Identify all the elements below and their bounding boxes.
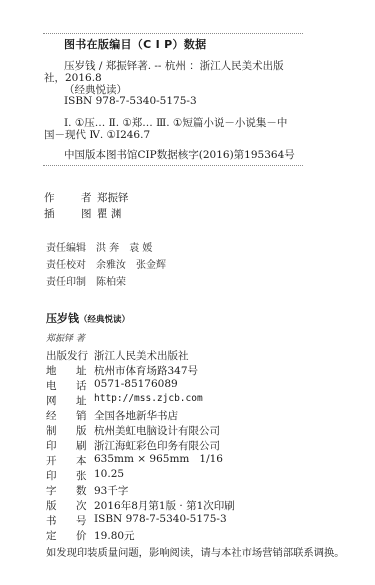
cip-title: 图书在版编目（C I P）数据	[64, 36, 206, 52]
info-value: 浙江人民美术出版社	[94, 348, 189, 363]
info-price: 定 价 19.80元	[46, 528, 135, 543]
info-label-a: 定	[46, 528, 76, 543]
info-label-b: 数	[76, 483, 94, 498]
credit-value: 瞿 渊	[97, 206, 121, 221]
staff-proofreader: 责任校对 余雅汝张金辉	[46, 256, 176, 271]
staff-editor: 责任编辑 洪 奔袁 媛	[46, 239, 162, 254]
info-value: 19.80元	[94, 528, 135, 543]
info-label-a: 经	[46, 408, 76, 423]
info-value: 93千字	[94, 483, 128, 498]
cip-top-divider	[43, 33, 303, 34]
info-value: 635mm × 965mm 1/16	[94, 453, 223, 468]
info-label-b: 销	[76, 408, 94, 423]
info-label: 出版发行	[46, 348, 94, 363]
quality-notice: 如发现印装质量问题，影响阅读，请与本社市场营销部联系调换。	[46, 544, 345, 559]
info-value: 全国各地新华书店	[94, 408, 178, 423]
staff-label: 责任校对	[46, 256, 96, 271]
credit-label-b: 者	[81, 190, 97, 205]
info-label-b: 话	[76, 378, 94, 393]
info-edition: 版 次 2016年8月第1版 · 第1次印刷	[46, 498, 235, 513]
info-value: 10.25	[94, 468, 124, 483]
book-title: 压岁钱	[46, 312, 79, 325]
info-label-b: 号	[76, 513, 94, 528]
info-label-b: 址	[76, 393, 94, 408]
cip-bottom-divider	[43, 165, 303, 166]
info-label-b: 价	[76, 528, 94, 543]
staff-name: 陈柏荣	[96, 277, 126, 288]
info-label-a: 书	[46, 513, 76, 528]
book-series: （经典悦读）	[79, 315, 130, 325]
info-value: 杭州美虹电脑设计有限公司	[94, 423, 220, 438]
info-label-a: 印	[46, 438, 76, 453]
cip-entry-line1: 压岁钱 / 郑振铎著. -- 杭州 ：浙江人民美术出版	[64, 60, 284, 72]
staff-label: 责任印制	[46, 273, 96, 288]
info-label-a: 印	[46, 468, 76, 483]
info-value: http://mss.zjcb.com	[94, 393, 203, 408]
info-label-a: 字	[46, 483, 76, 498]
cip-classification-line2: 国－现代 Ⅳ. ①I246.7	[44, 129, 150, 141]
info-sheets: 印 张 10.25	[46, 468, 124, 483]
info-value: 0571-85176089	[94, 378, 178, 393]
info-format: 开 本 635mm × 965mm 1/16	[46, 453, 223, 468]
book-title-line: 压岁钱（经典悦读）	[46, 310, 130, 326]
cip-number: 中国版本图书馆CIP数据核字(2016)第195364号	[64, 149, 295, 161]
info-phone: 电 话 0571-85176089	[46, 378, 178, 393]
cip-classification-line1: Ⅰ. ①压… Ⅱ. ①郑… Ⅲ. ①短篇小说－小说集－中	[64, 117, 287, 129]
info-label-b: 本	[76, 453, 94, 468]
staff-name: 洪 奔	[96, 243, 119, 254]
cip-entry-line2: 社，2016.8	[44, 72, 102, 84]
staff-name: 余雅汝	[96, 260, 126, 271]
info-address: 地 址 杭州市体育场路347号	[46, 363, 198, 378]
credit-label-b: 图	[81, 206, 97, 221]
info-value: 浙江海虹彩色印务有限公司	[94, 438, 220, 453]
info-isbn: 书 号 ISBN 978-7-5340-5175-3	[46, 513, 227, 528]
info-label-a: 开	[46, 453, 76, 468]
info-printer: 印 刷 浙江海虹彩色印务有限公司	[46, 438, 220, 453]
credit-illustrator: 插 图 瞿 渊	[44, 206, 121, 221]
info-word-count: 字 数 93千字	[46, 483, 128, 498]
info-label-b: 张	[76, 468, 94, 483]
info-label-b: 版	[76, 423, 94, 438]
info-label-b: 次	[76, 498, 94, 513]
info-publisher: 出版发行 浙江人民美术出版社	[46, 348, 189, 363]
info-label-b: 址	[76, 363, 94, 378]
credit-label-a: 插	[44, 206, 81, 221]
info-value: 2016年8月第1版 · 第1次印刷	[94, 498, 235, 513]
info-distributor: 经 销 全国各地新华书店	[46, 408, 178, 423]
info-label-a: 版	[46, 498, 76, 513]
book-author-line: 郑振铎 著	[46, 331, 85, 344]
info-website: 网 址 http://mss.zjcb.com	[46, 393, 203, 408]
info-label-a: 地	[46, 363, 76, 378]
credit-value: 郑振铎	[97, 190, 129, 205]
staff-name: 张金辉	[136, 260, 166, 271]
info-value: 杭州市体育场路347号	[94, 363, 198, 378]
info-plate-making: 制 版 杭州美虹电脑设计有限公司	[46, 423, 220, 438]
credit-label-a: 作	[44, 190, 81, 205]
info-label-b: 刷	[76, 438, 94, 453]
staff-printing: 责任印制 陈柏荣	[46, 273, 136, 288]
staff-label: 责任编辑	[46, 239, 96, 254]
info-value: ISBN 978-7-5340-5175-3	[94, 513, 227, 528]
staff-name: 袁 媛	[129, 243, 152, 254]
info-label-a: 电	[46, 378, 76, 393]
info-label-a: 网	[46, 393, 76, 408]
credit-author: 作 者 郑振铎	[44, 190, 129, 205]
info-label-a: 制	[46, 423, 76, 438]
cip-isbn: ISBN 978-7-5340-5175-3	[64, 95, 197, 107]
